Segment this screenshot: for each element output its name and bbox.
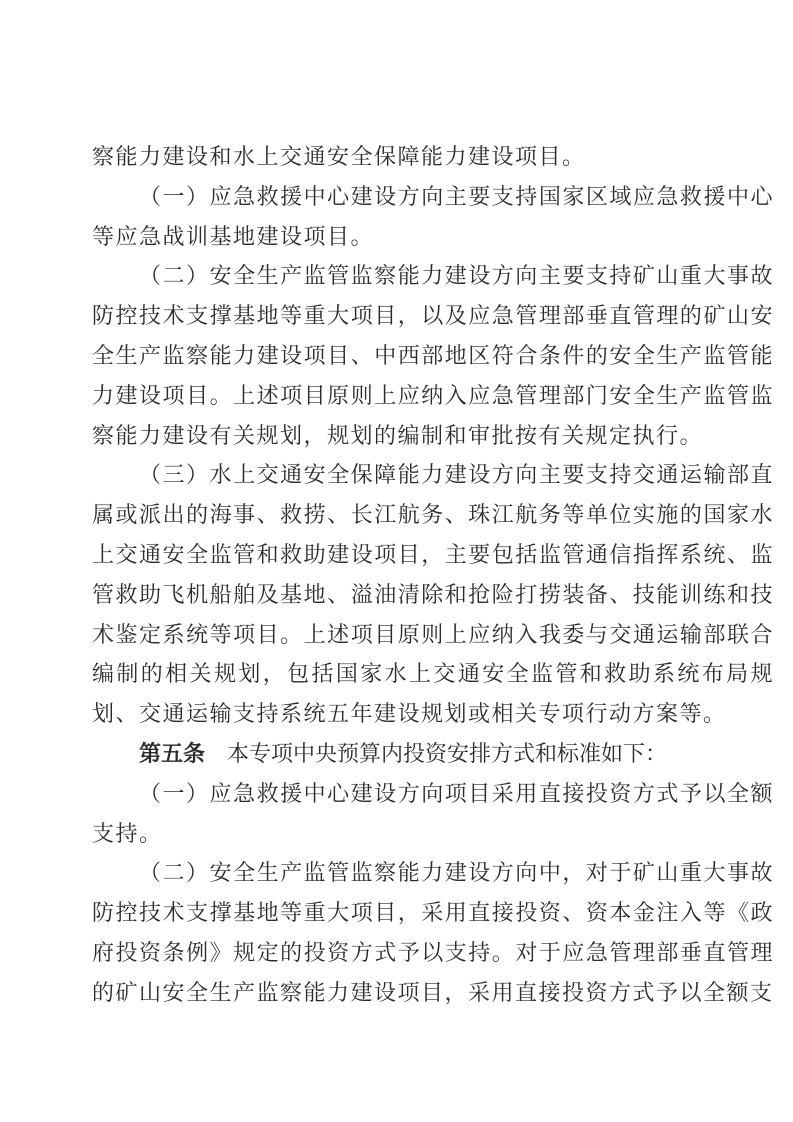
- text-run: （一）应急救援中心建设方向项目采用直接投资方式予以全额支持。: [92, 781, 774, 846]
- article-number-bold-run: 第五条: [139, 741, 205, 766]
- paragraph: （三）水上交通安全保障能力建设方向主要支持交通运输部直属或派出的海事、救捞、长江…: [92, 455, 774, 734]
- text-run: （三）水上交通安全保障能力建设方向主要支持交通运输部直属或派出的海事、救捞、长江…: [92, 462, 774, 726]
- text-run: （二）安全生产监管监察能力建设方向中，对于矿山重大事故防控技术支撑基地等重大项目…: [92, 860, 774, 1004]
- text-run: （二）安全生产监管监察能力建设方向主要支持矿山重大事故防控技术支撑基地等重大项目…: [92, 263, 774, 447]
- paragraph: 第五条 本专项中央预算内投资安排方式和标准如下：: [92, 734, 774, 774]
- paragraph: （一）应急救援中心建设方向项目采用直接投资方式予以全额支持。: [92, 774, 774, 854]
- text-run: 察能力建设和水上交通安全保障能力建设项目。: [92, 144, 586, 169]
- text-run: （一）应急救援中心建设方向主要支持国家区域应急救援中心等应急战训基地建设项目。: [92, 184, 774, 249]
- paragraph: 察能力建设和水上交通安全保障能力建设项目。: [92, 137, 774, 177]
- text-run: 本专项中央预算内投资安排方式和标准如下：: [205, 741, 667, 766]
- paragraph: （二）安全生产监管监察能力建设方向中，对于矿山重大事故防控技术支撑基地等重大项目…: [92, 853, 774, 1012]
- paragraph: （二）安全生产监管监察能力建设方向主要支持矿山重大事故防控技术支撑基地等重大项目…: [92, 256, 774, 455]
- document-page: 察能力建设和水上交通安全保障能力建设项目。（一）应急救援中心建设方向主要支持国家…: [0, 0, 793, 1122]
- document-text-block: 察能力建设和水上交通安全保障能力建设项目。（一）应急救援中心建设方向主要支持国家…: [92, 137, 774, 1013]
- page-background: { "page": { "background_color": "#ffffff…: [0, 0, 793, 1122]
- paragraph: （一）应急救援中心建设方向主要支持国家区域应急救援中心等应急战训基地建设项目。: [92, 177, 774, 257]
